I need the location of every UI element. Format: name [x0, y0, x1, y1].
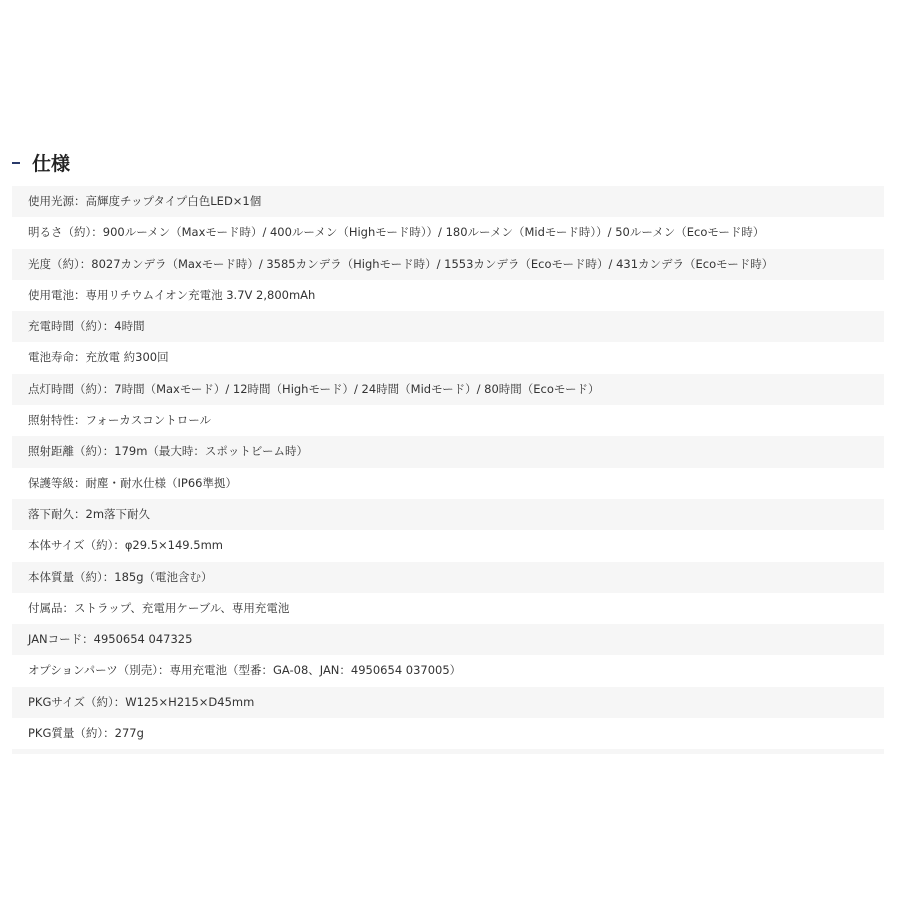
spec-row-charge-time: 充電時間（約）：4時間: [12, 311, 884, 342]
spec-row-drop-resistance: 落下耐久：2m落下耐久: [12, 499, 884, 530]
section-title: 仕様: [32, 149, 70, 176]
spec-row-light-source: 使用光源：高輝度チップタイプ白色LED×1個: [12, 186, 884, 217]
spec-row-protection-rating: 保護等級：耐塵・耐水仕様（IP66準拠）: [12, 468, 884, 499]
spec-row-body-size: 本体サイズ（約）：φ29.5×149.5mm: [12, 530, 884, 561]
spec-row-package-size: PKGサイズ（約）：W125×H215×D45mm: [12, 687, 884, 718]
spec-row-jan-code: JANコード：4950654 047325: [12, 624, 884, 655]
spec-section: 仕様 使用光源：高輝度チップタイプ白色LED×1個 明るさ（約）：900ルーメン…: [12, 147, 884, 754]
spec-row-battery: 使用電池：専用リチウムイオン充電池 3.7V 2,800mAh: [12, 280, 884, 311]
spec-row-accessories: 付属品：ストラップ、充電用ケーブル、専用充電池: [12, 593, 884, 624]
section-heading: 仕様: [12, 147, 884, 177]
list-bottom-divider: [12, 749, 884, 754]
spec-row-package-weight: PKG質量（約）：277g: [12, 718, 884, 749]
spec-row-battery-life: 電池寿命：充放電 約300回: [12, 342, 884, 373]
spec-row-beam-distance: 照射距離（約）：179m（最大時：スポットビーム時）: [12, 436, 884, 467]
spec-row-optional-parts: オプションパーツ（別売）：専用充電池（型番：GA-08、JAN：4950654 …: [12, 655, 884, 686]
spec-row-beam-characteristics: 照射特性：フォーカスコントロール: [12, 405, 884, 436]
spec-row-runtime: 点灯時間（約）：7時間（Maxモード）/ 12時間（Highモード）/ 24時間…: [12, 374, 884, 405]
spec-row-brightness: 明るさ（約）：900ルーメン（Maxモード時）/ 400ルーメン（Highモード…: [12, 217, 884, 248]
heading-marker-icon: [12, 162, 20, 164]
spec-list: 使用光源：高輝度チップタイプ白色LED×1個 明るさ（約）：900ルーメン（Ma…: [12, 186, 884, 749]
spec-row-luminous-intensity: 光度（約）：8027カンデラ（Maxモード時）/ 3585カンデラ（Highモー…: [12, 249, 884, 280]
spec-row-body-weight: 本体質量（約）：185g（電池含む）: [12, 562, 884, 593]
